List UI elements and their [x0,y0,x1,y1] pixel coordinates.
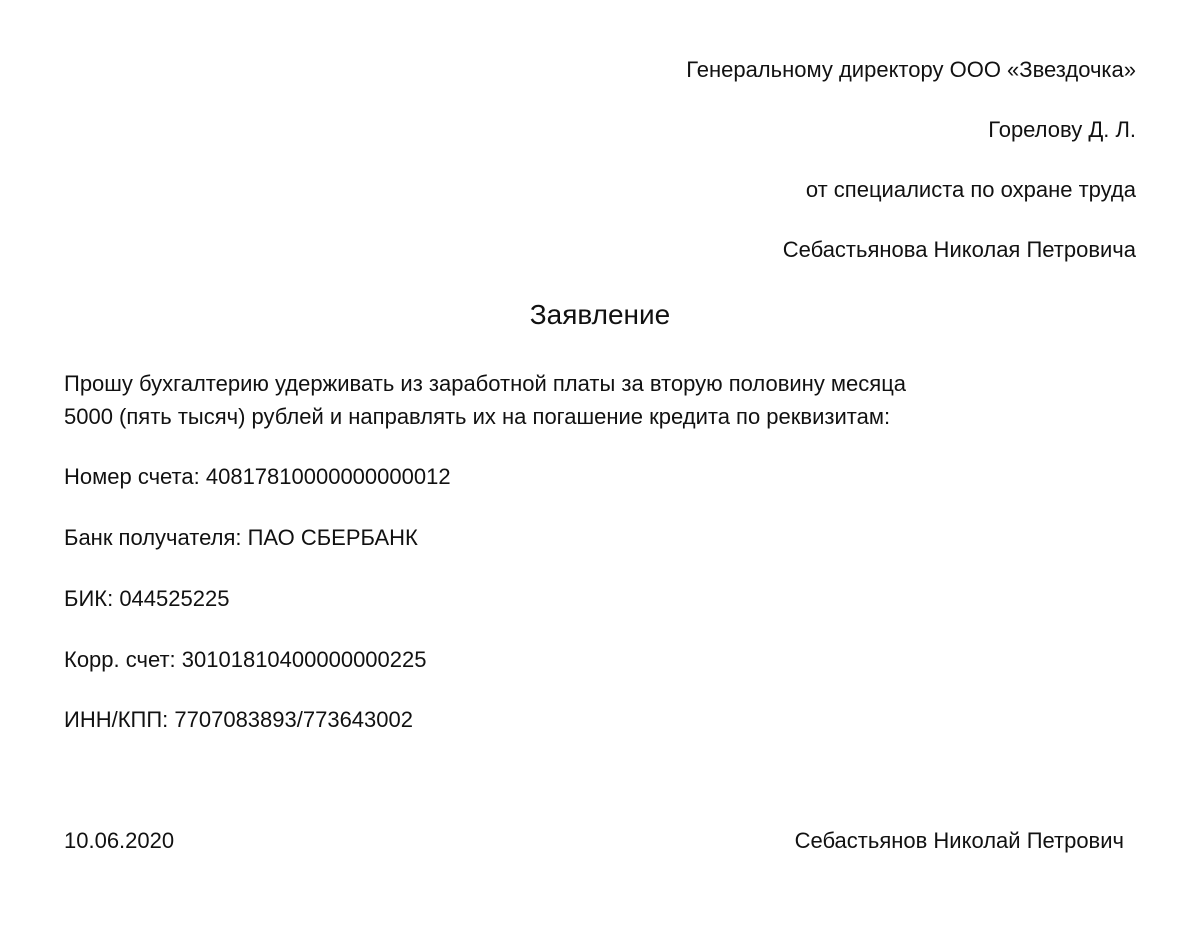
requisite-corr-account: Корр. счет: 30101810400000000225 [64,646,427,674]
signature-name: Себастьянов Николай Петрович [795,827,1124,855]
request-paragraph: Прошу бухгалтерию удерживать из заработн… [64,367,1124,433]
request-line-2: 5000 (пять тысяч) рублей и направлять их… [64,400,1124,433]
requisite-inn-kpp: ИНН/КПП: 7707083893/773643002 [64,706,413,734]
sender-name: Себастьянова Николая Петровича [783,236,1136,264]
requisite-bik: БИК: 044525225 [64,585,229,613]
requisite-label: Банк получателя: [64,525,241,550]
document-title: Заявление [0,298,1200,332]
requisite-label: ИНН/КПП: [64,707,168,732]
requisite-label: Номер счета: [64,464,200,489]
sender-position: от специалиста по охране труда [806,176,1136,204]
requisite-value: 7707083893/773643002 [174,707,413,732]
requisite-value: 40817810000000000012 [206,464,451,489]
requisite-label: БИК: [64,586,113,611]
requisite-account-number: Номер счета: 40817810000000000012 [64,463,451,491]
requisite-value: 30101810400000000225 [182,647,427,672]
requisite-label: Корр. счет: [64,647,176,672]
requisite-value: 044525225 [119,586,229,611]
request-line-1: Прошу бухгалтерию удерживать из заработн… [64,367,1124,400]
application-document: Генеральному директору ООО «Звездочка» Г… [0,0,1200,936]
requisite-bank: Банк получателя: ПАО СБЕРБАНК [64,524,418,552]
requisite-value: ПАО СБЕРБАНК [248,525,418,550]
addressee-position: Генеральному директору ООО «Звездочка» [686,56,1136,84]
addressee-name: Горелову Д. Л. [988,116,1136,144]
document-date: 10.06.2020 [64,827,174,855]
